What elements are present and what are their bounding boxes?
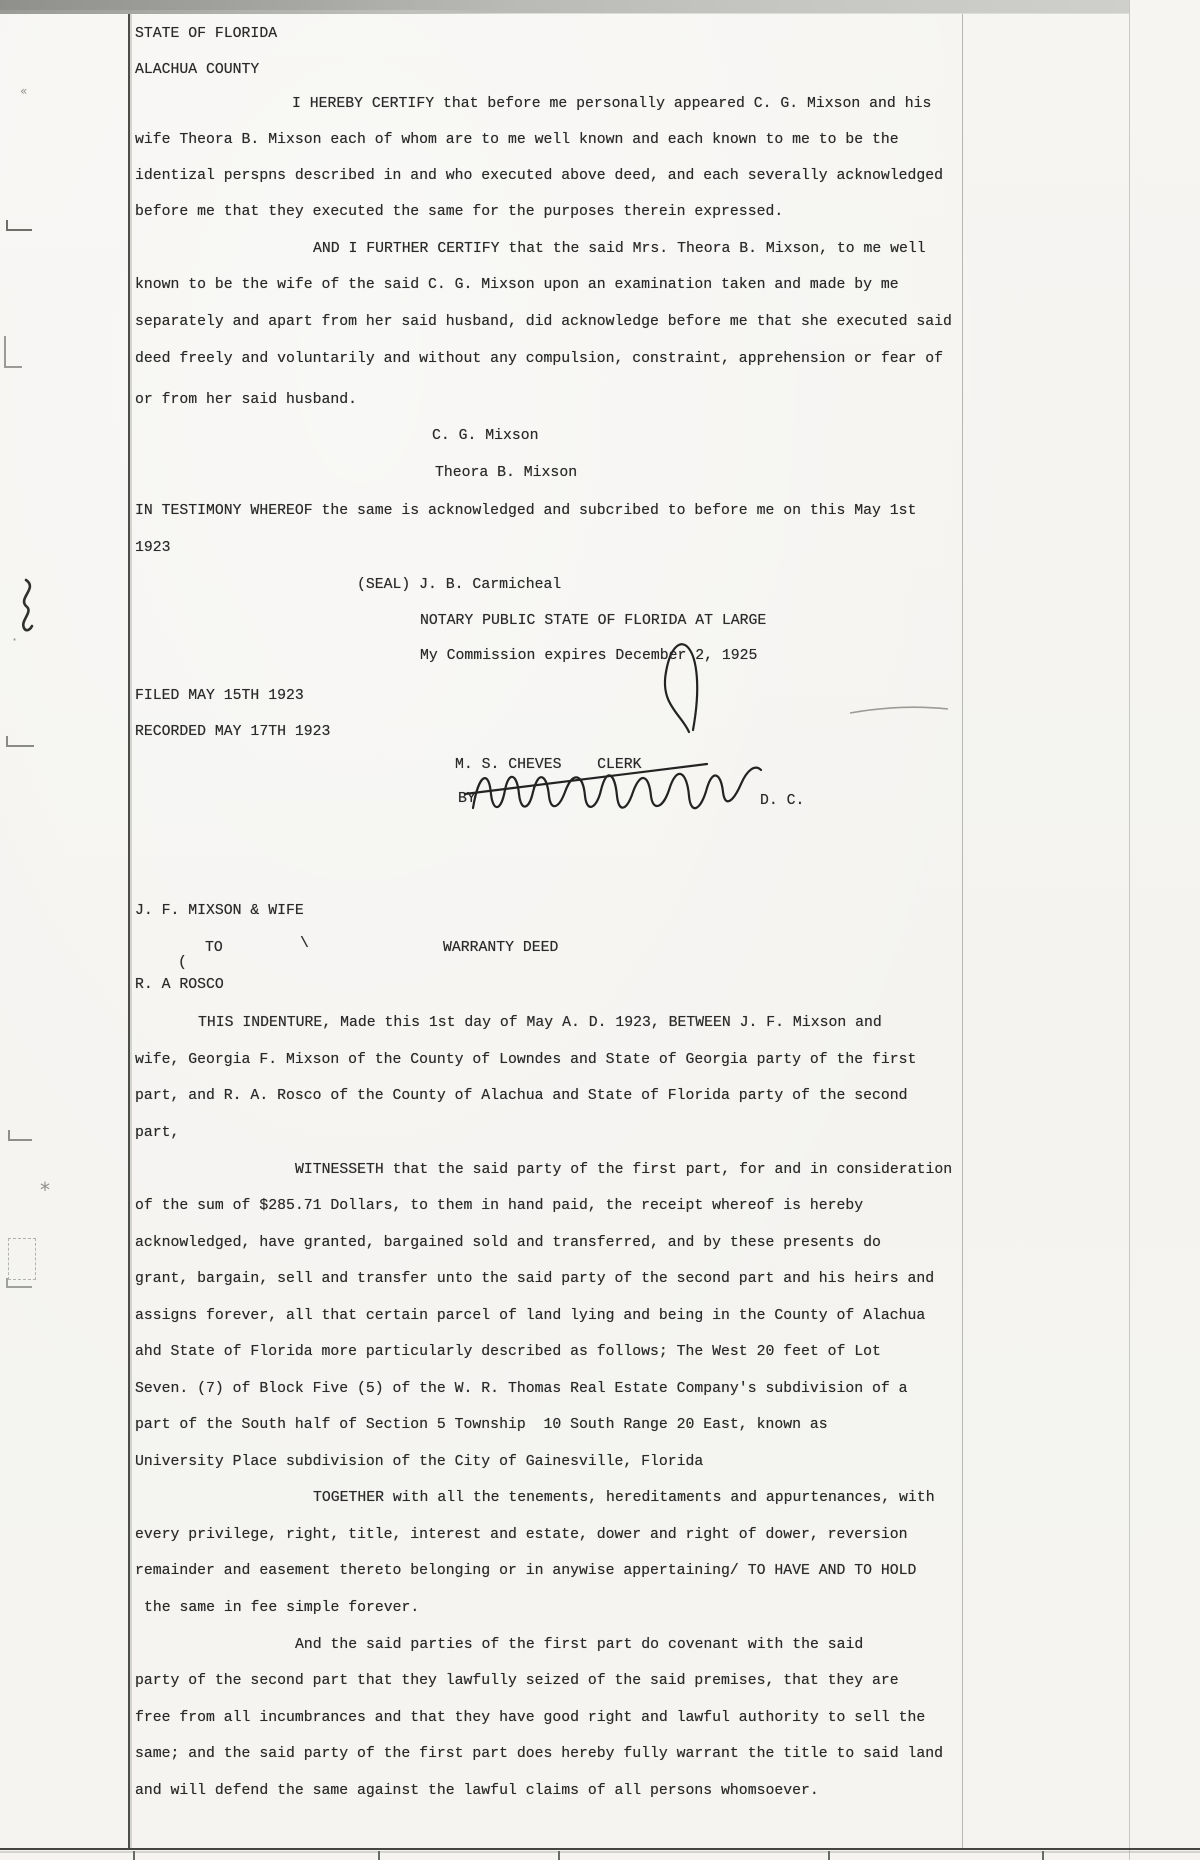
text-line: before me that they executed the same fo…	[135, 204, 783, 222]
margin-mark: «	[20, 84, 27, 98]
margin-mark	[8, 1238, 36, 1280]
text-line: identizal perspns described in and who e…	[135, 168, 943, 186]
margin-mark	[6, 736, 34, 747]
text-line: ALACHUA COUNTY	[135, 62, 259, 80]
text-line: same; and the said party of the first pa…	[135, 1746, 943, 1764]
right-margin-rule	[962, 14, 963, 1850]
text-line: wife Theora B. Mixson each of whom are t…	[135, 132, 899, 150]
margin-mark	[8, 1130, 32, 1141]
text-line: and will defend the same against the law…	[135, 1783, 819, 1801]
text-line: ahd State of Florida more particularly d…	[135, 1344, 881, 1362]
text-line: (SEAL) J. B. Carmicheal	[357, 577, 561, 595]
clerk-deputy-signature	[455, 612, 765, 822]
scanned-deed-page: STATE OF FLORIDAALACHUA COUNTYI HEREBY C…	[0, 0, 1200, 1860]
margin-mark	[6, 1278, 32, 1288]
text-line: Seven. (7) of Block Five (5) of the W. R…	[135, 1381, 908, 1399]
text-line: And the said parties of the first part d…	[295, 1637, 863, 1655]
text-line: party of the second part that they lawfu…	[135, 1673, 899, 1691]
text-line: WITNESSETH that the said party of the fi…	[295, 1162, 952, 1180]
text-line: WARRANTY DEED	[443, 940, 558, 958]
text-line: IN TESTIMONY WHEREOF the same is acknowl…	[135, 503, 916, 521]
text-line: \	[300, 936, 309, 954]
margin-mark	[4, 336, 22, 368]
scan-top-edge	[0, 0, 1130, 14]
pencil-stroke	[850, 702, 950, 718]
margin-mark	[133, 1851, 137, 1860]
text-line: assigns forever, all that certain parcel…	[135, 1308, 925, 1326]
text-line: wife, Georgia F. Mixson of the County of…	[135, 1052, 916, 1070]
text-line: C. G. Mixson	[432, 428, 539, 446]
text-line: every privilege, right, title, interest …	[135, 1527, 908, 1545]
text-line: part,	[135, 1125, 179, 1143]
text-line: 1923	[135, 540, 171, 558]
text-line: remainder and easement thereto belonging…	[135, 1563, 916, 1581]
text-line: THIS INDENTURE, Made this 1st day of May…	[198, 1015, 882, 1033]
text-line: TO	[205, 940, 223, 958]
text-line: RECORDED MAY 17TH 1923	[135, 724, 330, 742]
text-line: part, and R. A. Rosco of the County of A…	[135, 1088, 908, 1106]
text-line: separately and apart from her said husba…	[135, 314, 952, 332]
text-line: TOGETHER with all the tenements, heredit…	[313, 1490, 935, 1508]
margin-mark	[558, 1851, 562, 1860]
margin-mark	[378, 1851, 382, 1860]
text-line: University Place subdivision of the City…	[135, 1454, 703, 1472]
text-line: part of the South half of Section 5 Town…	[135, 1417, 828, 1435]
text-line: of the sum of $285.71 Dollars, to them i…	[135, 1198, 863, 1216]
text-line: or from her said husband.	[135, 392, 357, 410]
text-line: Theora B. Mixson	[435, 465, 577, 483]
text-line: STATE OF FLORIDA	[135, 26, 277, 44]
text-line: R. A ROSCO	[135, 977, 224, 995]
text-line: the same in fee simple forever.	[144, 1600, 419, 1618]
text-line: acknowledged, have granted, bargained so…	[135, 1235, 881, 1253]
margin-mark	[6, 220, 32, 231]
text-line: (	[178, 955, 187, 973]
margin-mark: *	[40, 1178, 50, 1202]
text-line: deed freely and voluntarily and without …	[135, 351, 943, 369]
text-line: AND I FURTHER CERTIFY that the said Mrs.…	[313, 241, 926, 259]
margin-mark	[1042, 1851, 1046, 1860]
text-line: known to be the wife of the said C. G. M…	[135, 277, 899, 295]
far-right-edge-line	[1129, 0, 1130, 1860]
bottom-edge-line	[0, 1848, 1200, 1850]
text-line: free from all incumbrances and that they…	[135, 1710, 925, 1728]
text-line: I HEREBY CERTIFY that before me personal…	[292, 96, 931, 114]
text-line: FILED MAY 15TH 1923	[135, 688, 304, 706]
margin-mark	[828, 1851, 832, 1860]
left-margin-rule	[128, 14, 130, 1850]
text-line: D. C.	[760, 793, 804, 811]
ink-mark	[10, 578, 44, 634]
text-line: grant, bargain, sell and transfer unto t…	[135, 1271, 934, 1289]
text-line: J. F. MIXSON & WIFE	[135, 903, 304, 921]
